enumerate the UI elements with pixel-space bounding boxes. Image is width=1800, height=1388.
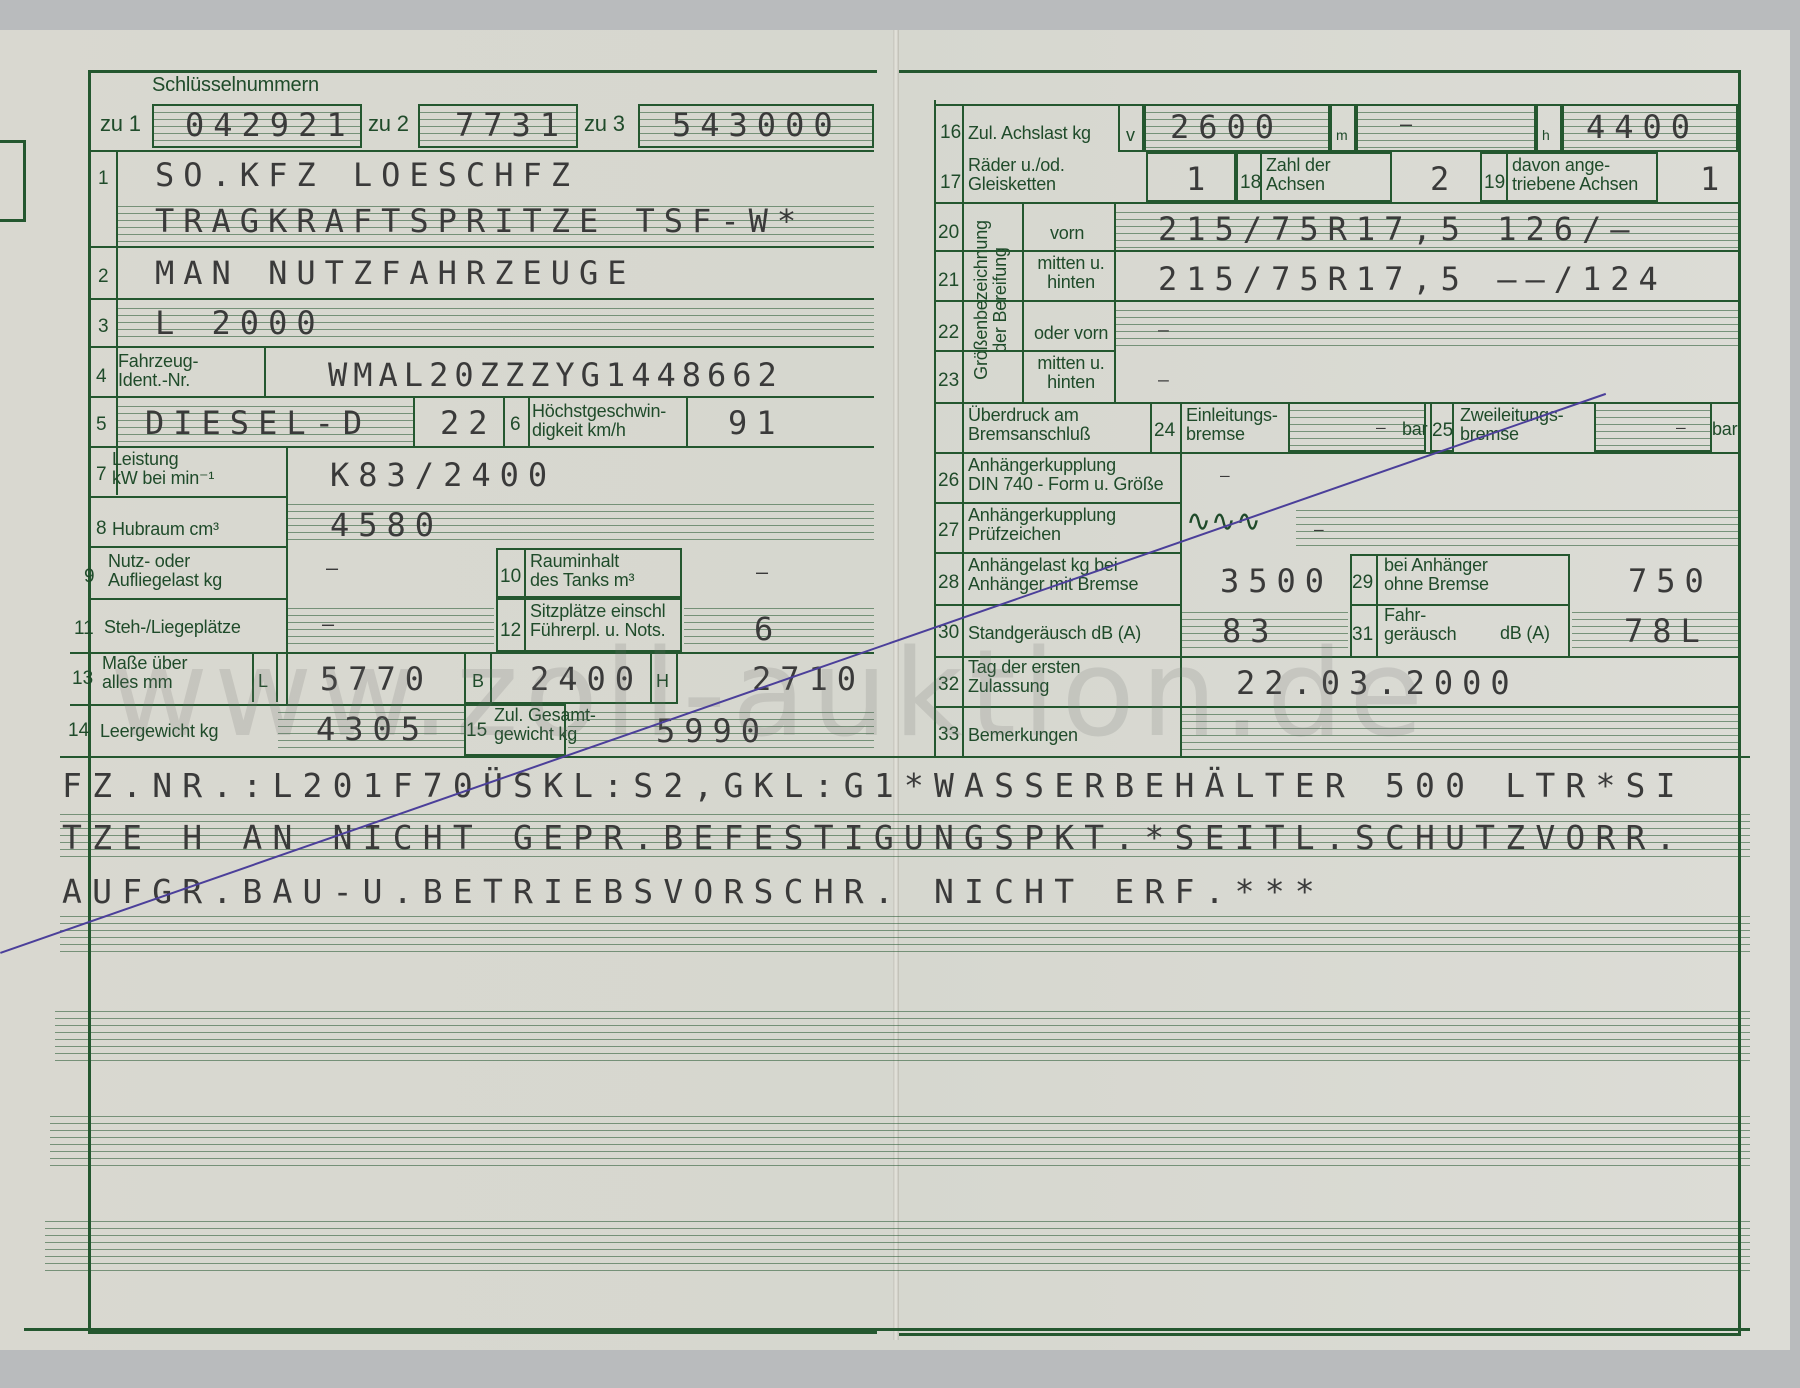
field-8-label: Hubraum cm³ bbox=[112, 520, 219, 539]
divider bbox=[1506, 152, 1508, 202]
axle-m-label: m bbox=[1336, 126, 1347, 145]
driving-noise-value: 78L bbox=[1624, 612, 1709, 650]
field-number: 29 bbox=[1352, 572, 1373, 594]
divider bbox=[934, 250, 1738, 252]
zu2-label: zu 2 bbox=[368, 114, 409, 133]
field-number: 26 bbox=[938, 470, 959, 492]
divider bbox=[686, 396, 688, 446]
field-27-label: Anhängerkupplung Prüfzeichen bbox=[968, 506, 1116, 544]
brake-pressure-label: Überdruck am Bremsanschluß bbox=[968, 406, 1090, 444]
single-line-brake-label: Einleitungs- bremse bbox=[1186, 406, 1278, 444]
ruled-area bbox=[55, 1005, 1750, 1067]
field-3-value: L 2000 bbox=[155, 304, 325, 342]
field-1-line2: TRAGKRAFTSPRITZE TSF-W* bbox=[155, 202, 805, 240]
zu3-label: zu 3 bbox=[584, 114, 625, 133]
zu2-value: 7731 bbox=[455, 106, 568, 144]
ruled-area bbox=[45, 1215, 1750, 1277]
field-number: 22 bbox=[938, 322, 959, 344]
field-number: 2 bbox=[98, 266, 109, 288]
field-number: 17 bbox=[940, 172, 961, 194]
divider bbox=[528, 396, 530, 446]
remark-line-3: AUFGR.BAU-U.BETRIEBSVORSCHR. NICHT ERF.*… bbox=[62, 872, 1325, 911]
field-19-label: davon ange- triebene Achsen bbox=[1512, 156, 1638, 194]
single-line-brake-unit: bar bbox=[1402, 420, 1427, 439]
ruled-area bbox=[50, 1110, 1750, 1172]
watermark: www.zoll-auktion.de bbox=[110, 625, 1429, 764]
key-numbers-title: Schlüsselnummern bbox=[152, 76, 319, 95]
field-number: 13 bbox=[72, 668, 93, 690]
divider bbox=[88, 346, 874, 348]
axle-h-label: h bbox=[1542, 126, 1550, 145]
divider bbox=[88, 496, 288, 498]
divider bbox=[934, 502, 1182, 504]
divider bbox=[88, 546, 288, 548]
divider bbox=[264, 346, 266, 396]
field-10-label: Rauminhalt des Tanks m³ bbox=[530, 552, 634, 590]
divider bbox=[88, 446, 874, 448]
divider bbox=[413, 396, 415, 446]
divider bbox=[88, 298, 874, 300]
field-number: 19 bbox=[1484, 172, 1505, 194]
field-number: 20 bbox=[938, 222, 959, 244]
divider bbox=[1022, 350, 1116, 352]
fuel-value: DIESEL-D bbox=[145, 404, 371, 442]
divider bbox=[88, 246, 874, 248]
field-number: 4 bbox=[96, 366, 107, 388]
field-number: 16 bbox=[940, 122, 961, 144]
field-number: 27 bbox=[938, 520, 959, 542]
ruled-area bbox=[1116, 304, 1738, 350]
axle-v-label: v bbox=[1126, 126, 1135, 145]
field-number: 1 bbox=[98, 168, 109, 190]
field-number: 21 bbox=[938, 270, 959, 292]
fuel-code-value: 22 bbox=[440, 404, 497, 442]
field-21-label: mitten u. hinten bbox=[1030, 254, 1112, 292]
axle-m-box bbox=[1356, 104, 1536, 152]
double-line-brake-value: — bbox=[1676, 418, 1695, 437]
divider bbox=[88, 598, 288, 600]
power-value: K83/2400 bbox=[330, 456, 556, 494]
axle-h-value: 4400 bbox=[1586, 108, 1699, 146]
field-29-label: bei Anhänger ohne Bremse bbox=[1384, 556, 1489, 594]
alt-tyre-rear-value: — bbox=[1158, 370, 1178, 391]
field-number: 10 bbox=[500, 566, 521, 588]
wheels-value: 1 bbox=[1186, 160, 1214, 198]
field-20-label: vorn bbox=[1050, 224, 1084, 243]
field-number: 11 bbox=[74, 618, 94, 640]
ruled-area bbox=[60, 910, 1750, 958]
axle-m-value: — bbox=[1400, 112, 1421, 136]
field-number: 24 bbox=[1154, 420, 1175, 442]
field-number: 25 bbox=[1432, 420, 1453, 442]
field-17-label: Räder u./od. Gleisketten bbox=[968, 156, 1065, 194]
zu3-value: 543000 bbox=[672, 106, 842, 144]
field-28-label: Anhängelast kg bei Anhänger mit Bremse bbox=[968, 556, 1138, 594]
field-16-label: Zul. Achslast kg bbox=[968, 124, 1091, 143]
field-7-label: Leistung kW bei min⁻¹ bbox=[112, 450, 214, 488]
axle-v-value: 2600 bbox=[1170, 108, 1283, 146]
field-number: 3 bbox=[98, 316, 109, 338]
divider bbox=[1150, 402, 1152, 452]
divider bbox=[503, 396, 505, 446]
payload-value: — bbox=[326, 556, 347, 580]
left-edge-box bbox=[0, 140, 26, 222]
field-number: 8 bbox=[96, 518, 107, 540]
zu1-label: zu 1 bbox=[100, 114, 141, 133]
field-18-label: Zahl der Achsen bbox=[1266, 156, 1330, 194]
driven-axles-value: 1 bbox=[1700, 160, 1728, 198]
field-9-label: Nutz- oder Aufliegelast kg bbox=[108, 552, 222, 590]
divider bbox=[1260, 152, 1262, 202]
divider bbox=[934, 300, 1738, 302]
divider bbox=[934, 202, 1738, 204]
divider bbox=[1180, 402, 1182, 452]
divider bbox=[88, 150, 874, 152]
divider bbox=[1022, 202, 1024, 402]
field-number: 5 bbox=[96, 414, 107, 436]
tank-volume-value: — bbox=[756, 560, 777, 584]
field-4-label: Fahrzeug- Ident.-Nr. bbox=[118, 352, 198, 390]
field-6-label: Höchstgeschwin- digkeit km/h bbox=[532, 402, 666, 440]
field-number: 7 bbox=[96, 464, 107, 486]
max-speed-value: 91 bbox=[728, 404, 785, 442]
field-31-unit: dB (A) bbox=[1500, 624, 1550, 643]
field-number: 23 bbox=[938, 370, 959, 392]
coupling-mark-value: — bbox=[1314, 520, 1333, 539]
tyre-front-value: 215/75R17,5 126/— bbox=[1158, 210, 1639, 248]
displacement-value: 4580 bbox=[330, 506, 443, 544]
unbraked-trailer-load-value: 750 bbox=[1628, 562, 1713, 600]
divider bbox=[934, 604, 1182, 606]
zu1-value: 042921 bbox=[185, 106, 355, 144]
field-26-label: Anhängerkupplung DIN 740 - Form u. Größe bbox=[968, 456, 1163, 494]
braked-trailer-load-value: 3500 bbox=[1220, 562, 1333, 600]
divider bbox=[962, 104, 964, 474]
field-2-value: MAN NUTZFAHRZEUGE bbox=[155, 254, 636, 292]
single-line-brake-value: — bbox=[1376, 418, 1395, 437]
field-number: 28 bbox=[938, 572, 959, 594]
field-1-line1: SO.KFZ LOESCHFZ bbox=[155, 156, 579, 194]
divider bbox=[88, 396, 874, 398]
coupling-value: — bbox=[1220, 466, 1239, 485]
double-line-brake-unit: bar bbox=[1712, 420, 1737, 439]
field-number: 6 bbox=[510, 414, 521, 436]
field-23-label: mitten u. hinten bbox=[1030, 354, 1112, 392]
ruled-area bbox=[1296, 504, 1738, 552]
field-number: 9 bbox=[84, 566, 95, 588]
wavy-mark-icon: ∿∿∿ bbox=[1186, 512, 1261, 531]
field-number: 14 bbox=[68, 720, 89, 742]
tyre-rear-value: 215/75R17,5 ——/124 bbox=[1158, 260, 1667, 298]
divider bbox=[24, 1328, 1750, 1331]
field-22-label: oder vorn bbox=[1034, 324, 1108, 343]
divider bbox=[934, 452, 1738, 454]
remark-line-2: TZE H AN NICHT GEPR.BEFESTIGUNGSPKT.*SEI… bbox=[62, 818, 1686, 857]
vin-value: WMAL20ZZZYG1448662 bbox=[328, 356, 783, 394]
alt-tyre-front-value: — bbox=[1158, 320, 1178, 341]
remark-line-1: FZ.NR.:L201F70ÜSKL:S2,GKL:G1*WASSERBEHÄL… bbox=[62, 766, 1686, 805]
axles-value: 2 bbox=[1430, 160, 1458, 198]
